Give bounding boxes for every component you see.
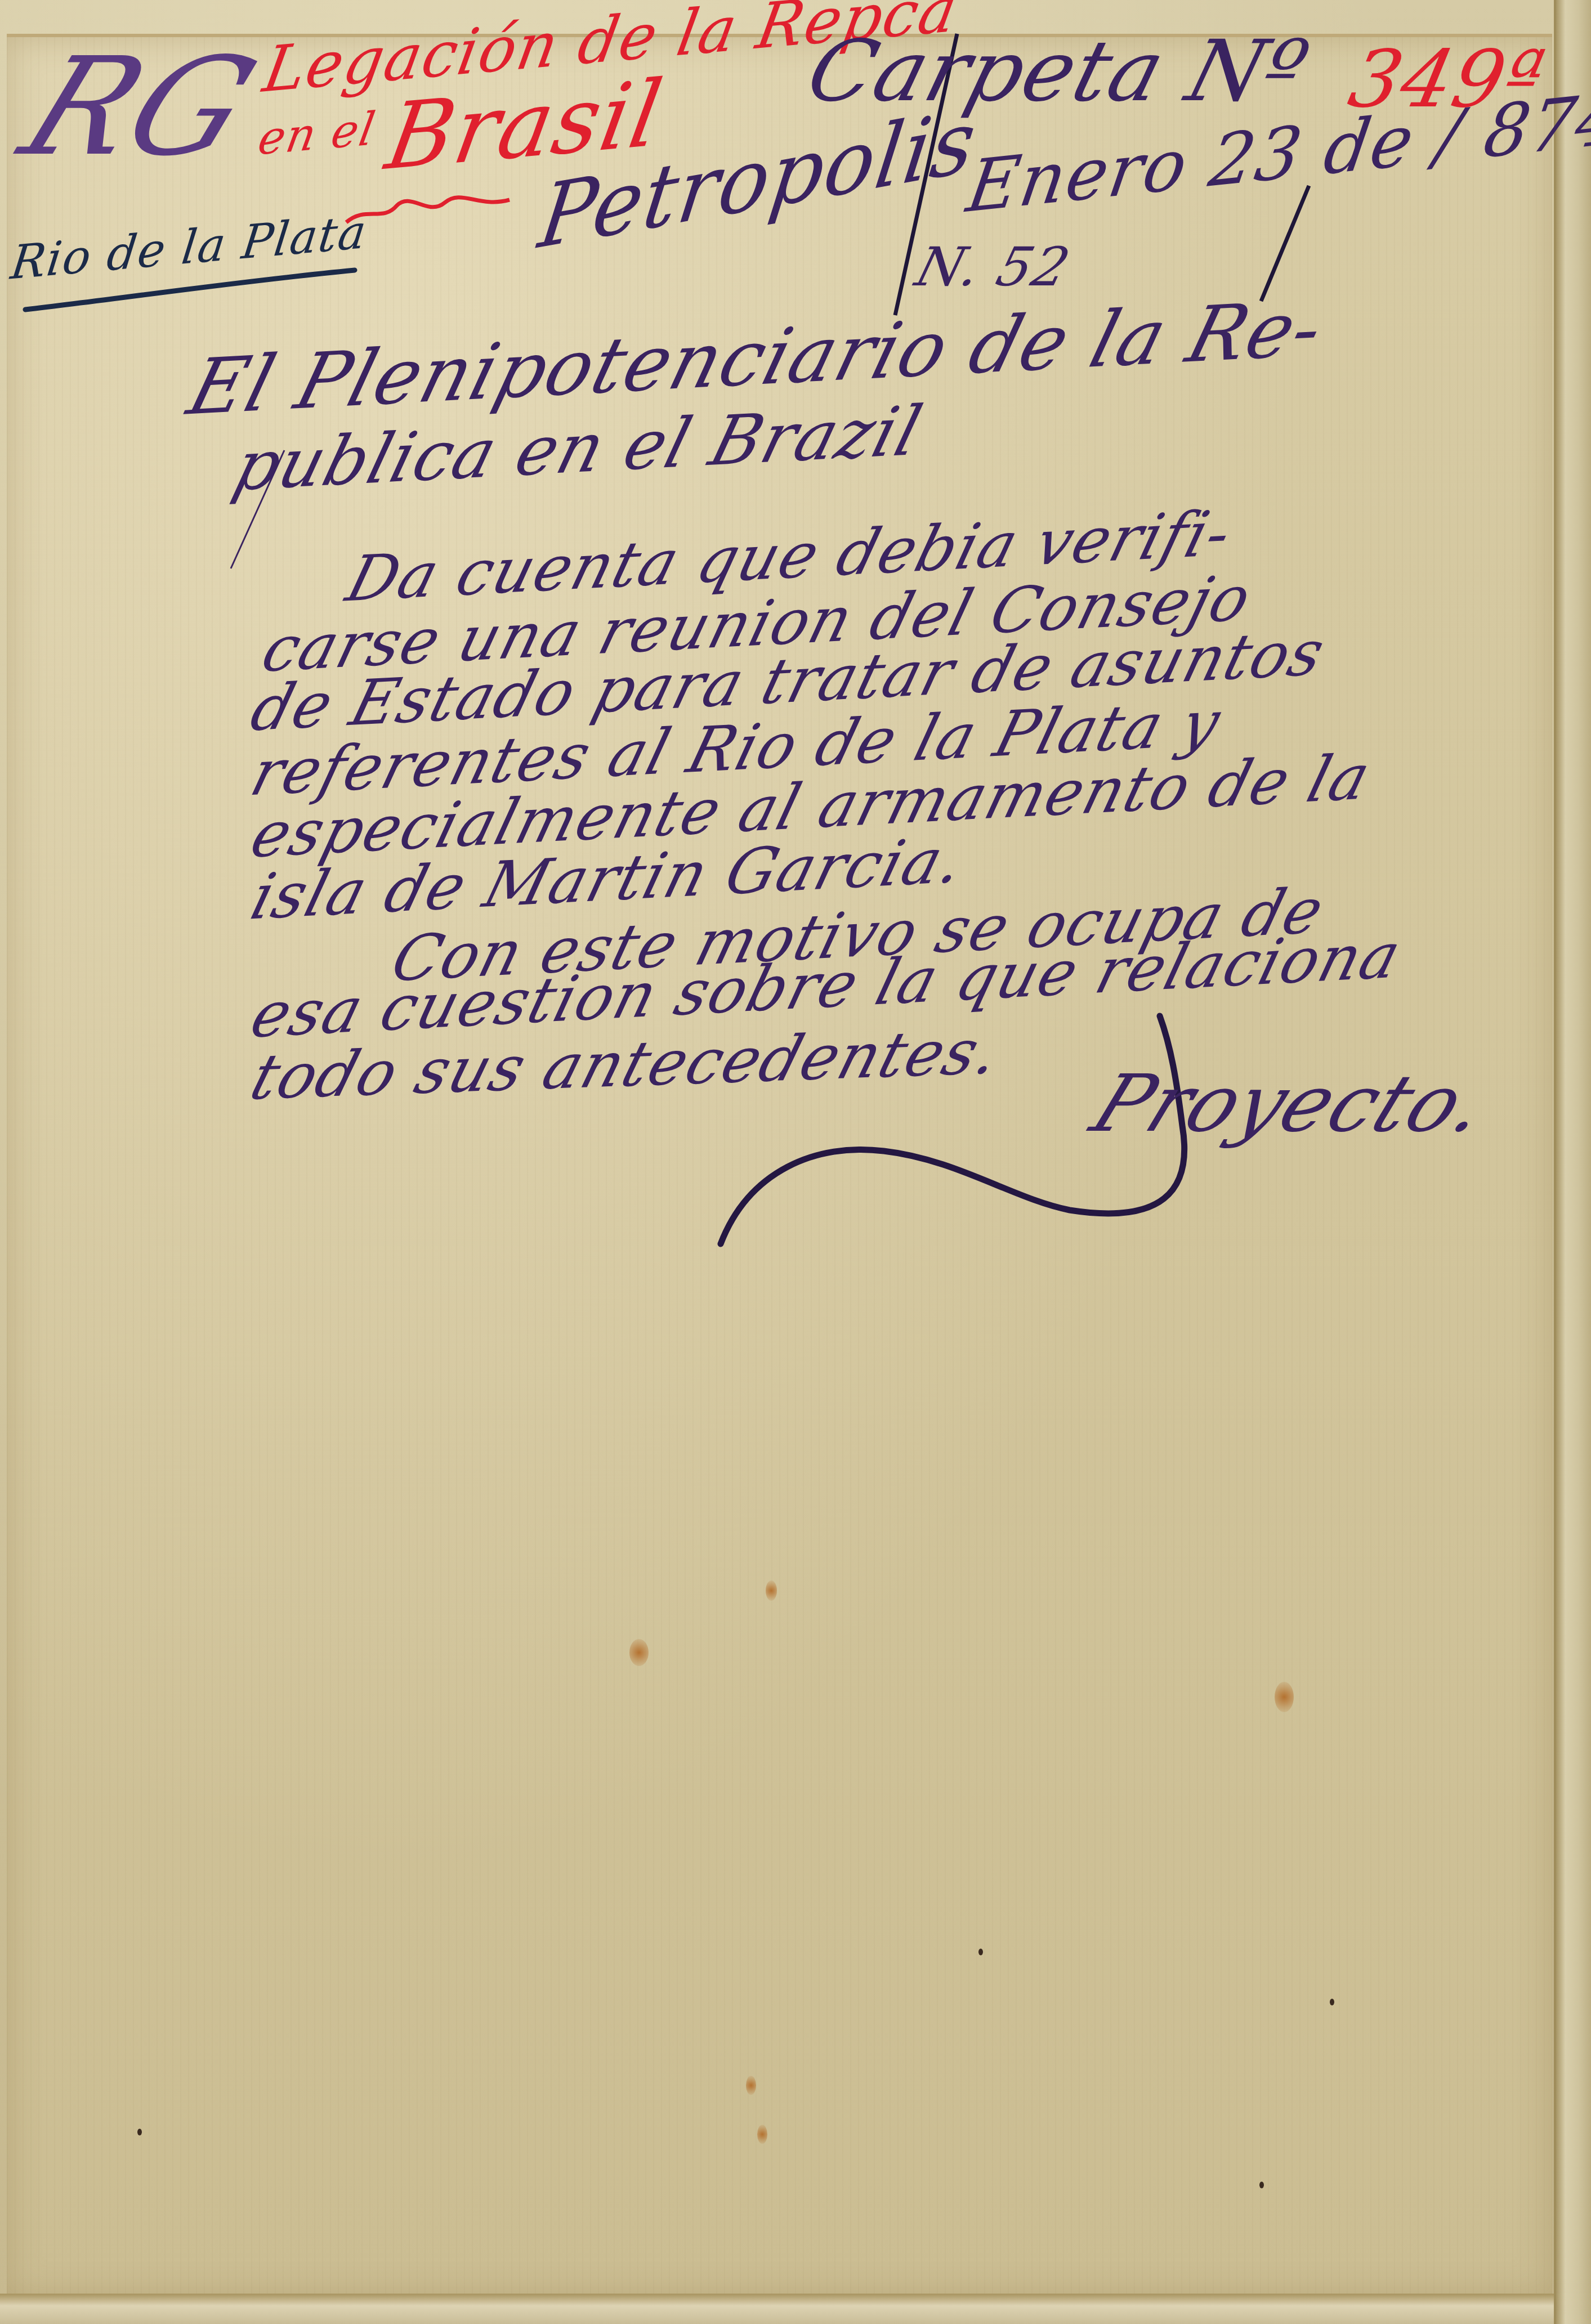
rust-stain: [629, 1639, 649, 1666]
legation-line-2: en el: [254, 102, 380, 165]
rust-stain: [757, 2125, 767, 2144]
rust-stain: [746, 2076, 756, 2095]
rust-stain: [766, 1580, 777, 1601]
page-right-edge: [1554, 0, 1591, 2324]
scanned-document: RG Legación de la Repca en el Brasil Car…: [0, 0, 1591, 2324]
signature-proyecto: Proyecto.: [1079, 1058, 1503, 1150]
document-number: N. 52: [909, 236, 1077, 298]
ink-speck: [137, 2129, 142, 2135]
carpeta-label: Carpeta Nº: [798, 23, 1319, 120]
ink-speck: [1330, 1999, 1334, 2005]
page-bottom-edge: [0, 2294, 1554, 2324]
ink-speck: [978, 1949, 983, 1955]
rust-stain: [1275, 1682, 1294, 1712]
ink-speck: [1259, 2182, 1264, 2188]
